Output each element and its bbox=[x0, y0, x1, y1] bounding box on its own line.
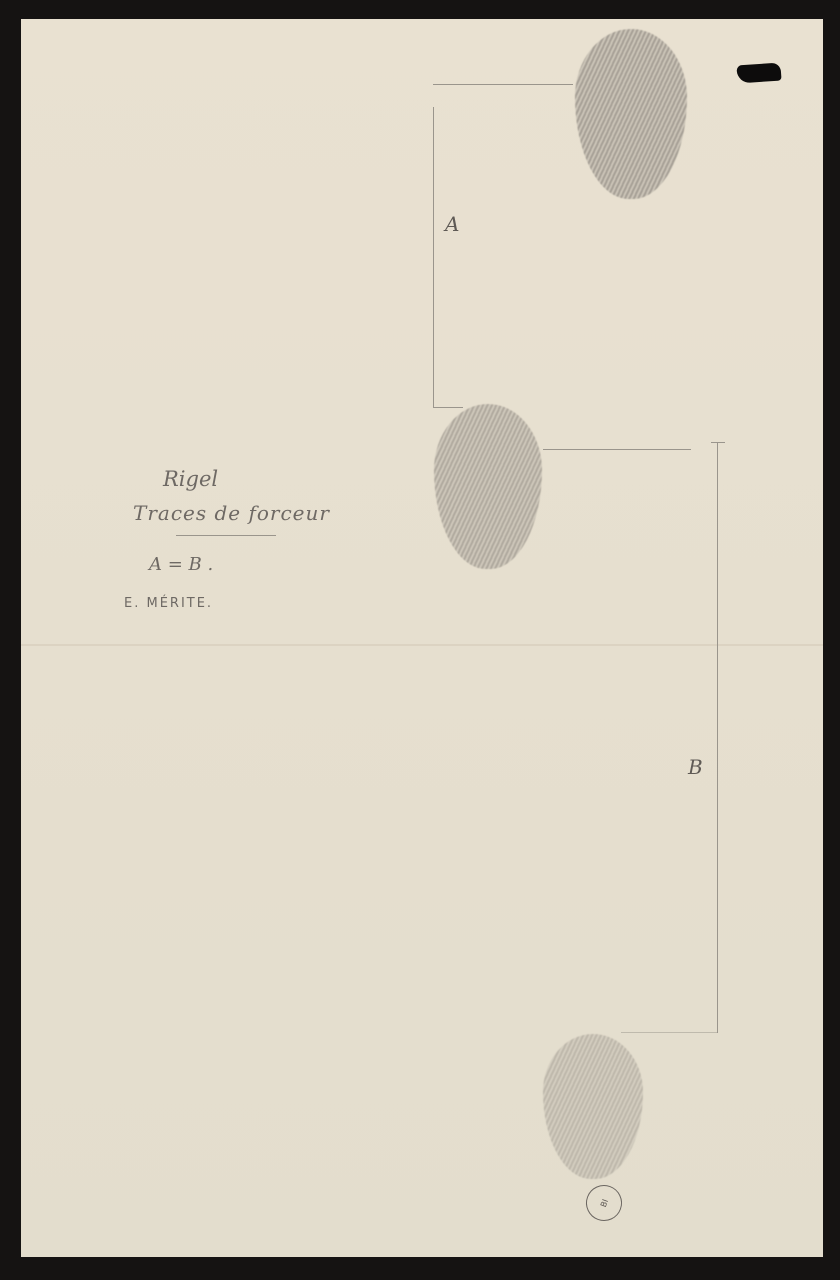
rect-b-tick bbox=[711, 442, 725, 443]
rect-a-left-line bbox=[433, 107, 434, 407]
equation: A = B . bbox=[149, 554, 213, 575]
title-line-2: Traces de forceur bbox=[133, 501, 330, 525]
rect-a-top-line bbox=[433, 84, 573, 85]
rect-b-label: B bbox=[688, 755, 703, 779]
rect-a-label: A bbox=[445, 212, 459, 236]
fold-line bbox=[21, 644, 823, 646]
paper-sheet: A B Rigel Traces de forceur A = B . E. M… bbox=[21, 19, 823, 1257]
rect-a-bottom-line bbox=[433, 407, 463, 408]
author-name: E. MÉRITE. bbox=[124, 596, 213, 611]
shaded-form-top bbox=[575, 29, 687, 199]
rect-b-bottom-line bbox=[621, 1032, 717, 1033]
title-line-1: Rigel bbox=[163, 467, 218, 491]
black-mark bbox=[736, 62, 781, 83]
library-stamp: BI bbox=[581, 1180, 627, 1226]
rect-b-top-line bbox=[543, 449, 691, 450]
shaded-form-bottom bbox=[543, 1034, 643, 1179]
shaded-form-middle bbox=[434, 404, 542, 569]
title-underline bbox=[176, 535, 276, 536]
rect-b-right-line bbox=[717, 443, 718, 1033]
